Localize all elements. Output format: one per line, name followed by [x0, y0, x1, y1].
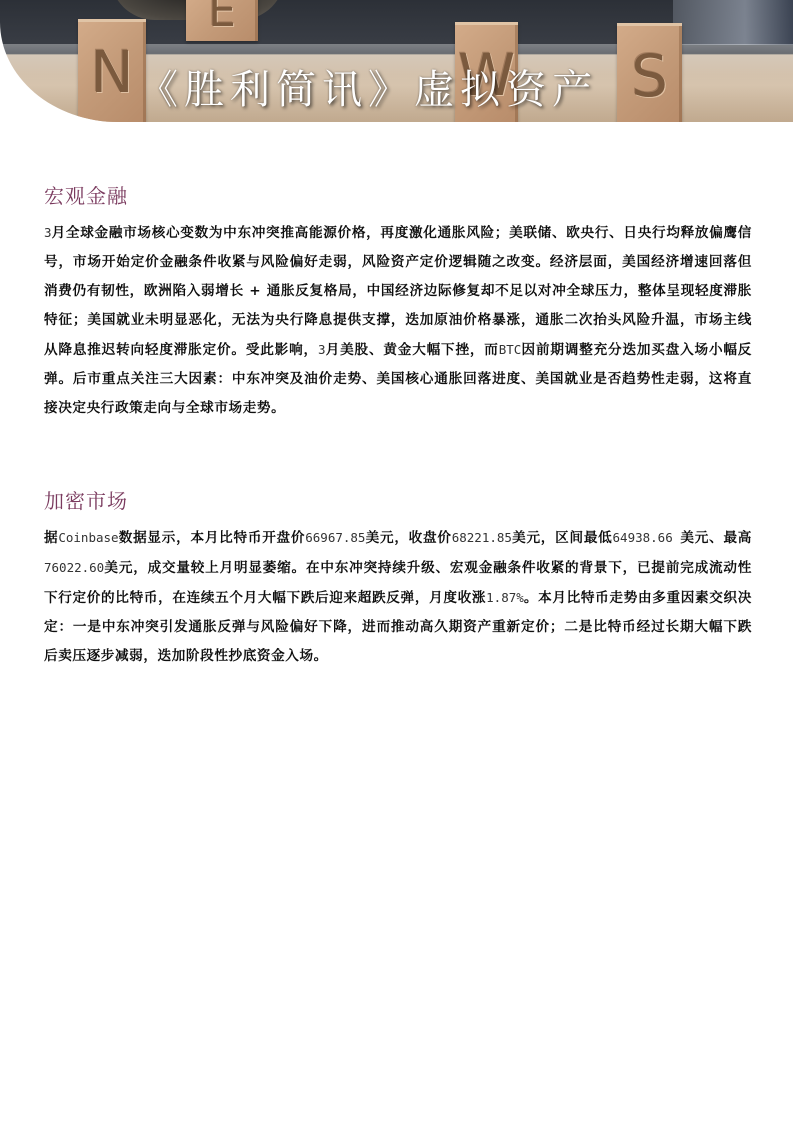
section-paragraph: 3月全球金融市场核心变数为中东冲突推高能源价格，再度激化通胀风险；美联储、欧央行…	[44, 218, 752, 423]
section-crypto-market: 加密市场 据Coinbase数据显示，本月比特币开盘价66967.85美元，收盘…	[44, 487, 752, 671]
section-title: 宏观金融	[44, 182, 752, 210]
section-macro-finance: 宏观金融 3月全球金融市场核心变数为中东冲突推高能源价格，再度激化通胀风险；美联…	[44, 182, 752, 423]
wooden-block-n: N	[78, 19, 146, 122]
section-paragraph: 据Coinbase数据显示，本月比特币开盘价66967.85美元，收盘价6822…	[44, 523, 752, 671]
numeric-value: 1.87%	[486, 590, 524, 605]
wooden-block-s: S	[617, 23, 682, 122]
section-title: 加密市场	[44, 487, 752, 515]
numeric-value: 3	[44, 225, 52, 240]
numeric-value: 68221.85	[452, 530, 512, 545]
text-run: 据	[44, 530, 58, 546]
text-run: 月美股、黄金大幅下挫，而	[325, 342, 498, 358]
header-banner: N E W S 《胜利简讯》虚拟资产	[0, 0, 793, 122]
numeric-value: Coinbase	[58, 530, 118, 545]
text-run: 月全球金融市场核心变数为中东冲突推高能源价格，再度激化通胀风险；美联储、欧央行、…	[44, 225, 752, 358]
numeric-value: BTC	[499, 342, 522, 357]
text-run: 美元，区间最低	[512, 530, 613, 546]
numeric-value: 64938.66	[613, 530, 681, 545]
numeric-value: 66967.85	[305, 530, 365, 545]
text-run: 美元，收盘价	[365, 530, 451, 546]
banner-background-wall	[673, 0, 793, 45]
numeric-value: 76022.60	[44, 560, 104, 575]
banner-title: 《胜利简讯》虚拟资产	[138, 58, 598, 115]
wooden-block-e: E	[186, 0, 258, 41]
text-run: 美元、最高	[680, 530, 752, 546]
text-run: 数据显示，本月比特币开盘价	[119, 530, 306, 546]
